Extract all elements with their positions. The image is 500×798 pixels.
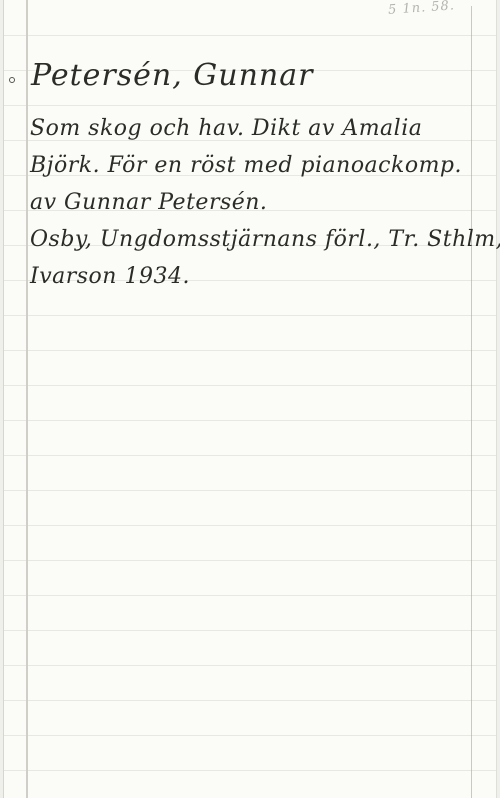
left-margin-line bbox=[26, 0, 28, 798]
body-line-description: Björk. För en röst med pianoackomp. bbox=[30, 147, 500, 184]
body-line-imprint: Osby, Ungdomsstjärnans förl., Tr. Sthlm, bbox=[30, 221, 500, 258]
body-line-printer-year: Ivarson 1934. bbox=[30, 258, 500, 295]
card-body: Som skog och hav. Dikt av Amalia Björk. … bbox=[30, 110, 500, 295]
pencil-shelfmark-note: 5 1n. 58. bbox=[388, 0, 473, 18]
card-left-edge bbox=[0, 0, 4, 798]
margin-circle-mark bbox=[9, 77, 15, 83]
body-line-title: Som skog och hav. Dikt av Amalia bbox=[30, 110, 500, 147]
card-heading-author: Petersén, Gunnar bbox=[31, 56, 313, 96]
catalog-card-scan: 5 1n. 58. Petersén, Gunnar Som skog och … bbox=[0, 0, 500, 798]
body-line-composer: av Gunnar Petersén. bbox=[30, 184, 500, 221]
